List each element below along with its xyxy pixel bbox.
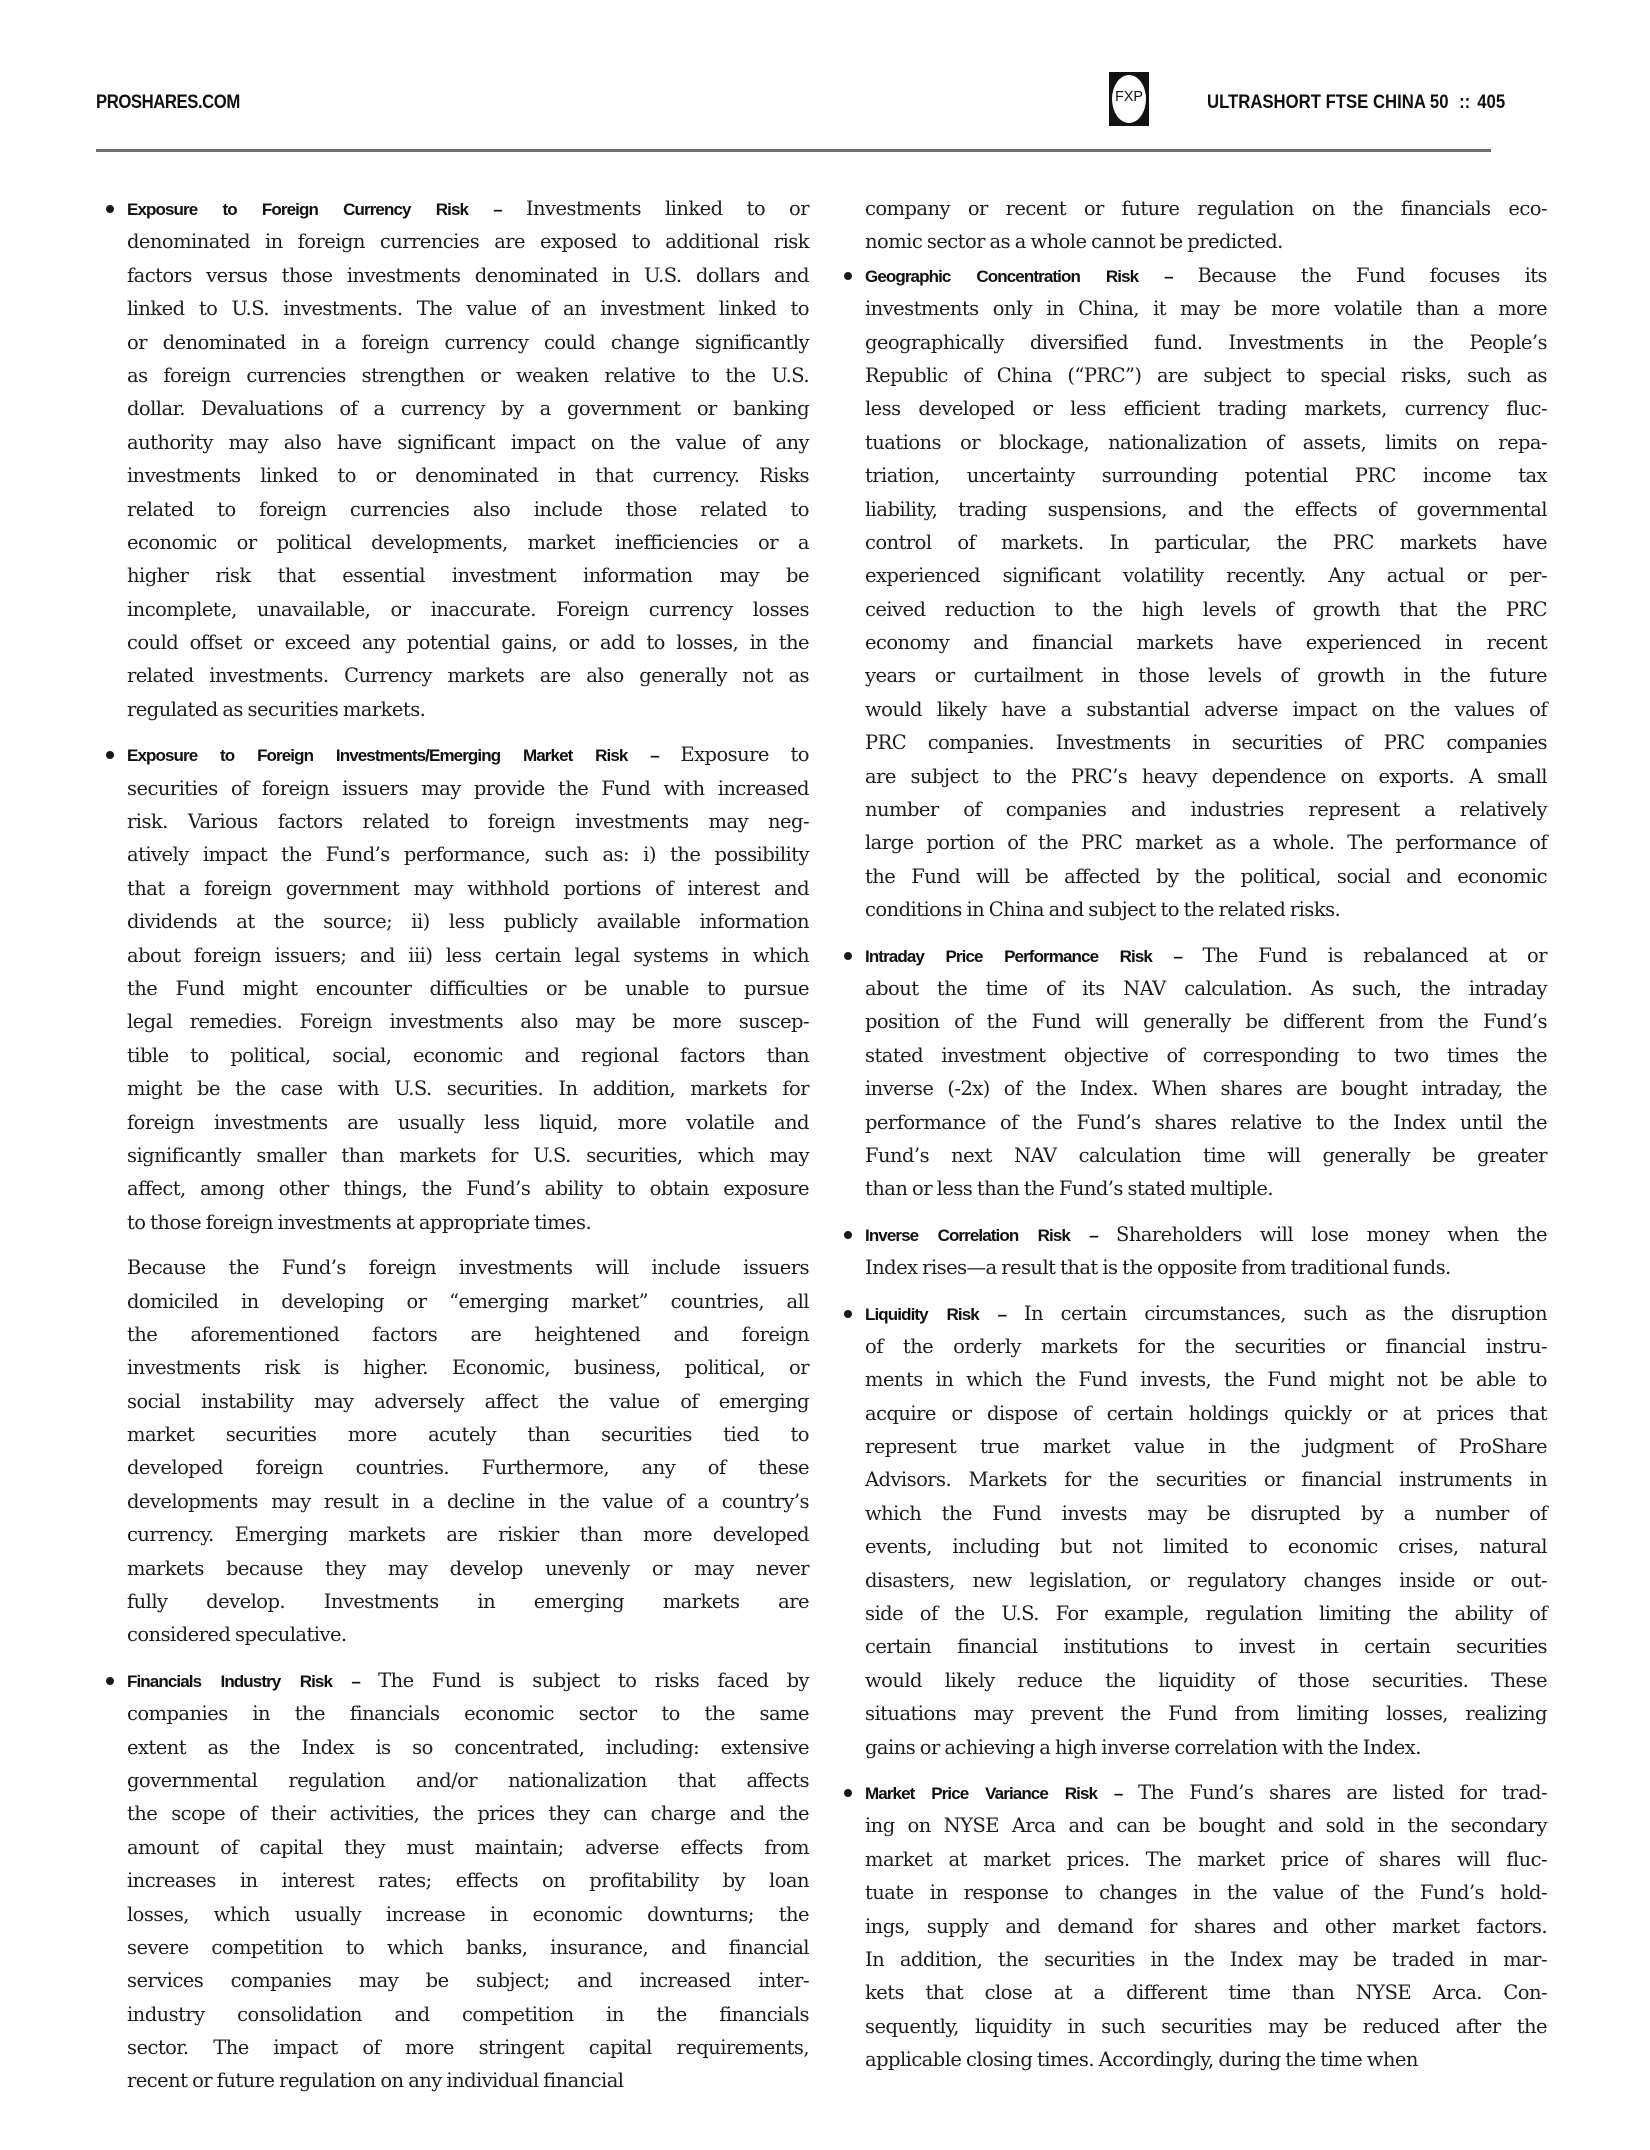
risk-text: Shareholders will lose money when the (1116, 1223, 1547, 1246)
text-line: ings, supply and demand for shares and o… (844, 1910, 1547, 1943)
text-line: applicable closing times. Accordingly, d… (844, 2043, 1547, 2076)
text-line: acquire or dispose of certain holdings q… (844, 1397, 1547, 1430)
text-line: the scope of their activities, the price… (106, 1797, 809, 1830)
text-line: are subject to the PRC’s heavy dependenc… (844, 760, 1547, 793)
risk-term: Liquidity Risk – (865, 1305, 1006, 1324)
risk-text: The Fund’s shares are listed for trad- (1138, 1781, 1547, 1804)
risk-first-line: Geographic Concentration Risk – Because … (844, 259, 1547, 292)
risk-text: Because the Fund focuses its (1197, 264, 1547, 287)
risk-item: Exposure to Foreign Currency Risk – Inve… (106, 192, 809, 726)
text-line: experienced significant volatility recen… (844, 559, 1547, 592)
text-line: PRC companies. Investments in securities… (844, 726, 1547, 759)
text-line: performance of the Fund’s shares relativ… (844, 1106, 1547, 1139)
risk-text: Investments linked to or (526, 197, 809, 220)
text-line: situations may prevent the Fund from lim… (844, 1697, 1547, 1730)
risk-first-line: Intraday Price Performance Risk – The Fu… (844, 939, 1547, 972)
text-line: factors versus those investments denomin… (106, 259, 809, 292)
fund-title: ULTRASHORT FTSE CHINA 50::405 (1207, 92, 1505, 114)
text-line: position of the Fund will generally be d… (844, 1005, 1547, 1038)
text-line: liability, trading suspensions, and the … (844, 493, 1547, 526)
risk-item: Geographic Concentration Risk – Because … (844, 259, 1547, 927)
risk-first-line: Exposure to Foreign Currency Risk – Inve… (106, 192, 809, 225)
bullet-icon (844, 952, 852, 960)
text-line: to those foreign investments at appropri… (106, 1206, 809, 1239)
text-line: economic or political developments, mark… (106, 526, 809, 559)
text-line: triation, uncertainty surrounding potent… (844, 459, 1547, 492)
bullet-icon (106, 205, 114, 213)
risk-item: Inverse Correlation Risk – Shareholders … (844, 1218, 1547, 1285)
text-line: atively impact the Fund’s performance, s… (106, 838, 809, 871)
text-line: recent or future regulation on any indiv… (106, 2064, 809, 2097)
text-line: the Fund might encounter difficulties or… (106, 972, 809, 1005)
text-line: ceived reduction to the high levels of g… (844, 593, 1547, 626)
text-line: amount of capital they must maintain; ad… (106, 1831, 809, 1864)
text-line: geographically diversified fund. Investm… (844, 326, 1547, 359)
text-line: governmental regulation and/or nationali… (106, 1764, 809, 1797)
text-line: dividends at the source; ii) less public… (106, 905, 809, 938)
risk-item: Intraday Price Performance Risk – The Fu… (844, 939, 1547, 1206)
risk-term: Financials Industry Risk – (127, 1672, 360, 1691)
text-line: would likely have a substantial adverse … (844, 693, 1547, 726)
page-header: PROSHARES.COM FXP ULTRASHORT FTSE CHINA … (0, 0, 1650, 160)
text-line: ments in which the Fund invests, the Fun… (844, 1363, 1547, 1396)
text-line: Because the Fund’s foreign investments w… (106, 1251, 809, 1284)
bullet-icon (844, 1231, 852, 1239)
text-line: markets because they may develop unevenl… (106, 1552, 809, 1585)
text-line: risk. Various factors related to foreign… (106, 805, 809, 838)
risk-text: In certain circumstances, such as the di… (1024, 1302, 1547, 1325)
text-line: tuations or blockage, nationalization of… (844, 426, 1547, 459)
risk-text: Exposure to (680, 743, 809, 766)
text-line: Index rises—a result that is the opposit… (844, 1251, 1547, 1284)
bullet-icon (844, 1310, 852, 1318)
text-line: fully develop. Investments in emerging m… (106, 1585, 809, 1618)
risk-first-line: Market Price Variance Risk – The Fund’s … (844, 1776, 1547, 1809)
text-line: legal remedies. Foreign investments also… (106, 1005, 809, 1038)
text-line: tuate in response to changes in the valu… (844, 1876, 1547, 1909)
text-line: as foreign currencies strengthen or weak… (106, 359, 809, 392)
text-line: developed foreign countries. Furthermore… (106, 1451, 809, 1484)
risk-text: The Fund is subject to risks faced by (378, 1669, 809, 1692)
text-line: developments may result in a decline in … (106, 1485, 809, 1518)
text-line: investments risk is higher. Economic, bu… (106, 1351, 809, 1384)
text-line: stated investment objective of correspon… (844, 1039, 1547, 1072)
text-line: higher risk that essential investment in… (106, 559, 809, 592)
text-line: industry consolidation and competition i… (106, 1998, 809, 2031)
text-line: significantly smaller than markets for U… (106, 1139, 809, 1172)
risk-term: Exposure to Foreign Currency Risk – (127, 200, 502, 219)
risk-item: Liquidity Risk – In certain circumstance… (844, 1297, 1547, 1764)
right-column: company or recent or future regulation o… (844, 192, 1547, 2088)
text-line: In addition, the securities in the Index… (844, 1943, 1547, 1976)
text-line: domiciled in developing or “emerging mar… (106, 1285, 809, 1318)
text-line: gains or achieving a high inverse correl… (844, 1731, 1547, 1764)
text-line: related to foreign currencies also inclu… (106, 493, 809, 526)
risk-term: Intraday Price Performance Risk – (865, 947, 1182, 966)
bullet-icon (844, 272, 852, 280)
text-line: tible to political, social, economic and… (106, 1039, 809, 1072)
text-line: sector. The impact of more stringent cap… (106, 2031, 809, 2064)
text-line: certain financial institutions to invest… (844, 1630, 1547, 1663)
text-line: foreign investments are usually less liq… (106, 1106, 809, 1139)
text-line: might be the case with U.S. securities. … (106, 1072, 809, 1105)
text-line: affect, among other things, the Fund’s a… (106, 1172, 809, 1205)
text-line: control of markets. In particular, the P… (844, 526, 1547, 559)
text-line: kets that close at a different time than… (844, 1976, 1547, 2009)
left-column: Exposure to Foreign Currency Risk – Inve… (106, 192, 809, 2110)
text-line: large portion of the PRC market as a who… (844, 826, 1547, 859)
text-line: increases in interest rates; effects on … (106, 1864, 809, 1897)
text-line: regulated as securities markets. (106, 693, 809, 726)
text-line: related investments. Currency markets ar… (106, 659, 809, 692)
text-line: side of the U.S. For example, regulation… (844, 1597, 1547, 1630)
text-line: could offset or exceed any potential gai… (106, 626, 809, 659)
text-line: social instability may adversely affect … (106, 1385, 809, 1418)
risk-item: Financials Industry Risk – The Fund is s… (106, 1664, 809, 2098)
text-line: market at market prices. The market pric… (844, 1843, 1547, 1876)
text-line: ing on NYSE Arca and can be bought and s… (844, 1809, 1547, 1842)
text-line: companies in the financials economic sec… (106, 1697, 809, 1730)
text-line: investments only in China, it may be mor… (844, 292, 1547, 325)
text-line: number of companies and industries repre… (844, 793, 1547, 826)
site-name: PROSHARES.COM (96, 92, 240, 114)
text-line: nomic sector as a whole cannot be predic… (844, 225, 1547, 258)
text-line: about the time of its NAV calculation. A… (844, 972, 1547, 1005)
risk-first-line: Liquidity Risk – In certain circumstance… (844, 1297, 1547, 1330)
text-line: incomplete, unavailable, or inaccurate. … (106, 593, 809, 626)
text-line: linked to U.S. investments. The value of… (106, 292, 809, 325)
text-line: that a foreign government may withhold p… (106, 872, 809, 905)
text-line: market securities more acutely than secu… (106, 1418, 809, 1451)
risk-item: Exposure to Foreign Investments/Emerging… (106, 738, 809, 1652)
header-divider (96, 149, 1491, 152)
text-line: represent true market value in the judgm… (844, 1430, 1547, 1463)
text-line: extent as the Index is so concentrated, … (106, 1731, 809, 1764)
risk-first-line: Inverse Correlation Risk – Shareholders … (844, 1218, 1547, 1251)
text-line: which the Fund invests may be disrupted … (844, 1497, 1547, 1530)
risk-term: Geographic Concentration Risk – (865, 267, 1173, 286)
risk-first-line: Financials Industry Risk – The Fund is s… (106, 1664, 809, 1697)
text-line: services companies may be subject; and i… (106, 1964, 809, 1997)
text-line: securities of foreign issuers may provid… (106, 772, 809, 805)
text-line: years or curtailment in those levels of … (844, 659, 1547, 692)
text-line: severe competition to which banks, insur… (106, 1931, 809, 1964)
text-line: Republic of China (“PRC”) are subject to… (844, 359, 1547, 392)
text-line: company or recent or future regulation o… (844, 192, 1547, 225)
text-line: considered speculative. (106, 1618, 809, 1651)
text-line: the aforementioned factors are heightene… (106, 1318, 809, 1351)
risk-text: The Fund is rebalanced at or (1202, 944, 1547, 967)
bullet-icon (844, 1789, 852, 1797)
fund-name: ULTRASHORT FTSE CHINA 50 (1207, 92, 1449, 113)
ticker-symbol: FXP (1113, 88, 1145, 105)
text-line: authority may also have significant impa… (106, 426, 809, 459)
title-separator: :: (1459, 92, 1470, 113)
text-line: sequently, liquidity in such securities … (844, 2010, 1547, 2043)
text-line: economy and financial markets have exper… (844, 626, 1547, 659)
carryover-paragraph: company or recent or future regulation o… (844, 192, 1547, 259)
text-line: Advisors. Markets for the securities or … (844, 1463, 1547, 1496)
text-line: of the orderly markets for the securitie… (844, 1330, 1547, 1363)
risk-first-line: Exposure to Foreign Investments/Emerging… (106, 738, 809, 771)
risk-term: Market Price Variance Risk – (865, 1784, 1122, 1803)
text-line: events, including but not limited to eco… (844, 1530, 1547, 1563)
text-line: conditions in China and subject to the r… (844, 893, 1547, 926)
risk-item: Market Price Variance Risk – The Fund’s … (844, 1776, 1547, 2077)
text-line: disasters, new legislation, or regulator… (844, 1564, 1547, 1597)
text-line: losses, which usually increase in econom… (106, 1898, 809, 1931)
risk-term: Exposure to Foreign Investments/Emerging… (127, 746, 659, 765)
text-line: or denominated in a foreign currency cou… (106, 326, 809, 359)
text-line: inverse (-2x) of the Index. When shares … (844, 1072, 1547, 1105)
text-line: would likely reduce the liquidity of tho… (844, 1664, 1547, 1697)
risk-term: Inverse Correlation Risk – (865, 1226, 1098, 1245)
text-line: denominated in foreign currencies are ex… (106, 225, 809, 258)
continuation-paragraph: Because the Fund’s foreign investments w… (106, 1251, 809, 1652)
text-line: less developed or less efficient trading… (844, 392, 1547, 425)
text-line: investments linked to or denominated in … (106, 459, 809, 492)
text-line: Fund’s next NAV calculation time will ge… (844, 1139, 1547, 1172)
text-line: dollar. Devaluations of a currency by a … (106, 392, 809, 425)
page-number: 405 (1477, 92, 1505, 113)
text-line: than or less than the Fund’s stated mult… (844, 1172, 1547, 1205)
text-line: the Fund will be affected by the politic… (844, 860, 1547, 893)
text-line: about foreign issuers; and iii) less cer… (106, 939, 809, 972)
text-line: currency. Emerging markets are riskier t… (106, 1518, 809, 1551)
bullet-icon (106, 1677, 114, 1685)
